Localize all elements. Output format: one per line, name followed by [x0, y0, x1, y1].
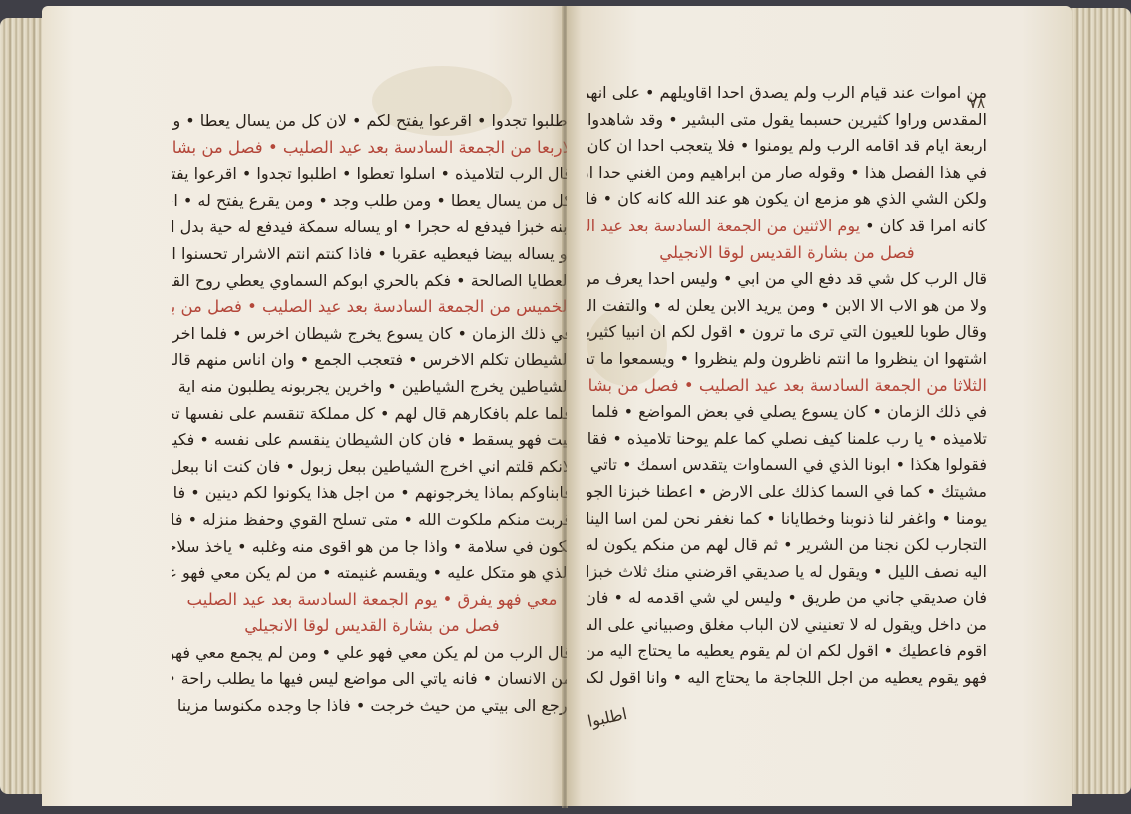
text-line: فابناوكم بماذا يخرجونهم • من اجل هذا يكو…	[172, 480, 572, 507]
text-line: كل من يسال يعطا • ومن طلب وجد • ومن يقرع…	[172, 188, 572, 215]
text-line: فان صديقي جاني من طريق • وليس لي شي اقدم…	[587, 585, 987, 612]
text-line: في هذا الفصل هذا • وقوله صار من ابراهيم …	[587, 160, 987, 187]
left-page: اطلبوا تجدوا • اقرعوا يفتح لكم • لان كل …	[42, 6, 567, 806]
text-line: اليه نصف الليل • ويقول له يا صديقي اقرضن…	[587, 559, 987, 586]
text-line: كانه امرا قد كان • يوم الاثنين من الجمعة…	[587, 213, 987, 240]
text-line: قربت منكم ملكوت الله • متى تسلح القوي وح…	[172, 507, 572, 534]
text-line: من الانسان • فانه ياتي الى مواضع ليس فيه…	[172, 666, 572, 693]
text-line: قال الرب من لم يكن معي فهو علي • ومن لم …	[172, 640, 572, 667]
left-fore-edge	[0, 18, 44, 794]
rubric-heading: معي فهو يفرق • يوم الجمعة السادسة بعد عي…	[172, 587, 572, 614]
text-line: من اموات عند قيام الرب ولم يصدق احدا اقا…	[587, 80, 987, 107]
text-line: ولكن الشي الذي هو مزمع ان يكون هو عند ال…	[587, 186, 987, 213]
text-line: قال الرب لتلاميذه • اسلوا تعطوا • اطلبوا…	[172, 161, 572, 188]
text-line: ابنه خبزا فيدفع له حجرا • او يساله سمكة …	[172, 214, 572, 241]
rubric-heading: لاربعا من الجمعة السادسة بعد عيد الصليب …	[172, 135, 572, 162]
text-fragment: كانه امرا قد كان •	[860, 216, 987, 235]
right-fore-edge	[1067, 8, 1131, 794]
text-line: اطلبوا تجدوا • اقرعوا يفتح لكم • لان كل …	[172, 108, 572, 135]
text-line: المقدس وراوا كثيرين حسبما يقول متى البشي…	[587, 107, 987, 134]
rubric-heading: الخميس من الجمعة السادسة بعد عيد الصليب …	[172, 294, 572, 321]
text-line: فقولوا هكذا • ابونا الذي في السماوات يتق…	[587, 452, 987, 479]
text-line: وقال طوبا للعيون التي ترى ما ترون • اقول…	[587, 319, 987, 346]
text-line: اربعة ايام قد اقامه الرب ولم يومنوا • فل…	[587, 133, 987, 160]
text-line: الشيطان تكلم الاخرس • فتعجب الجمع • وان …	[172, 347, 572, 374]
text-line: في ذلك الزمان • كان يسوع يخرج شيطان اخرس…	[172, 321, 572, 348]
text-line: قال الرب كل شي قد دفع الي من ابي • وليس …	[587, 266, 987, 293]
right-page-text: من اموات عند قيام الرب ولم يصدق احدا اقا…	[587, 80, 987, 692]
text-line: اقوم فاعطيك • اقول لكم ان لم يقوم يعطيه …	[587, 638, 987, 665]
catchword: اطلبوا	[585, 704, 628, 731]
text-line: او يساله بيضا فيعطيه عقربا • فاذا كنتم ا…	[172, 241, 572, 268]
rubric-heading: الثلاثا من الجمعة السادسة بعد عيد الصليب…	[587, 373, 987, 400]
text-line: الشياطين يخرج الشياطين • واخرين يجربونه …	[172, 374, 572, 401]
text-line: العطايا الصالحة • فكم بالحري ابوكم السما…	[172, 268, 572, 295]
text-line: فهو يقوم يعطيه من اجل اللجاجة ما يحتاج ا…	[587, 665, 987, 692]
text-line: اشتهوا ان ينظروا ما انتم ناظرون ولم ينظر…	[587, 346, 987, 373]
open-manuscript: اطلبوا تجدوا • اقرعوا يفتح لكم • لان كل …	[0, 0, 1131, 814]
rubric-fragment: يوم الاثنين من الجمعة السادسة بعد عيد ال…	[587, 216, 860, 235]
text-line: ارجع الى بيتي من حيث خرجت • فاذا جا وجده…	[172, 693, 572, 720]
text-line: بيت فهو يسقط • فان كان الشيطان ينقسم على…	[172, 427, 572, 454]
text-line: يكون في سلامة • واذا جا من هو اقوى منه و…	[172, 534, 572, 561]
text-line: ولا من هو الاب الا الابن • ومن يريد الاب…	[587, 293, 987, 320]
text-line: الذي هو متكل عليه • ويقسم غنيمته • من لم…	[172, 560, 572, 587]
text-line: يومنا • واغفر لنا ذنوبنا وخطايانا • كما …	[587, 506, 987, 533]
text-line: في ذلك الزمان • كان يسوع يصلي في بعض الم…	[587, 399, 987, 426]
rubric-heading: فصل من بشارة القديس لوقا الانجيلي	[587, 240, 987, 267]
text-line: تلاميذه • يا رب علمنا كيف نصلي كما علم ي…	[587, 426, 987, 453]
text-line: التجارب لكن نجنا من الشرير • ثم قال لهم …	[587, 532, 987, 559]
right-page: ٧٨ من اموات عند قيام الرب ولم يصدق احدا …	[567, 6, 1072, 806]
text-line: لانكم قلتم اني اخرج الشياطين ببعل زبول •…	[172, 454, 572, 481]
text-line: فلما علم بافكارهم قال لهم • كل مملكة تنق…	[172, 401, 572, 428]
text-line: من داخل ويقول له لا تعنيني لان الباب مغل…	[587, 612, 987, 639]
text-line: مشيتك • كما في السما كذلك على الارض • اع…	[587, 479, 987, 506]
rubric-heading: فصل من بشارة القديس لوقا الانجيلي	[172, 613, 572, 640]
left-page-text: اطلبوا تجدوا • اقرعوا يفتح لكم • لان كل …	[172, 108, 572, 720]
